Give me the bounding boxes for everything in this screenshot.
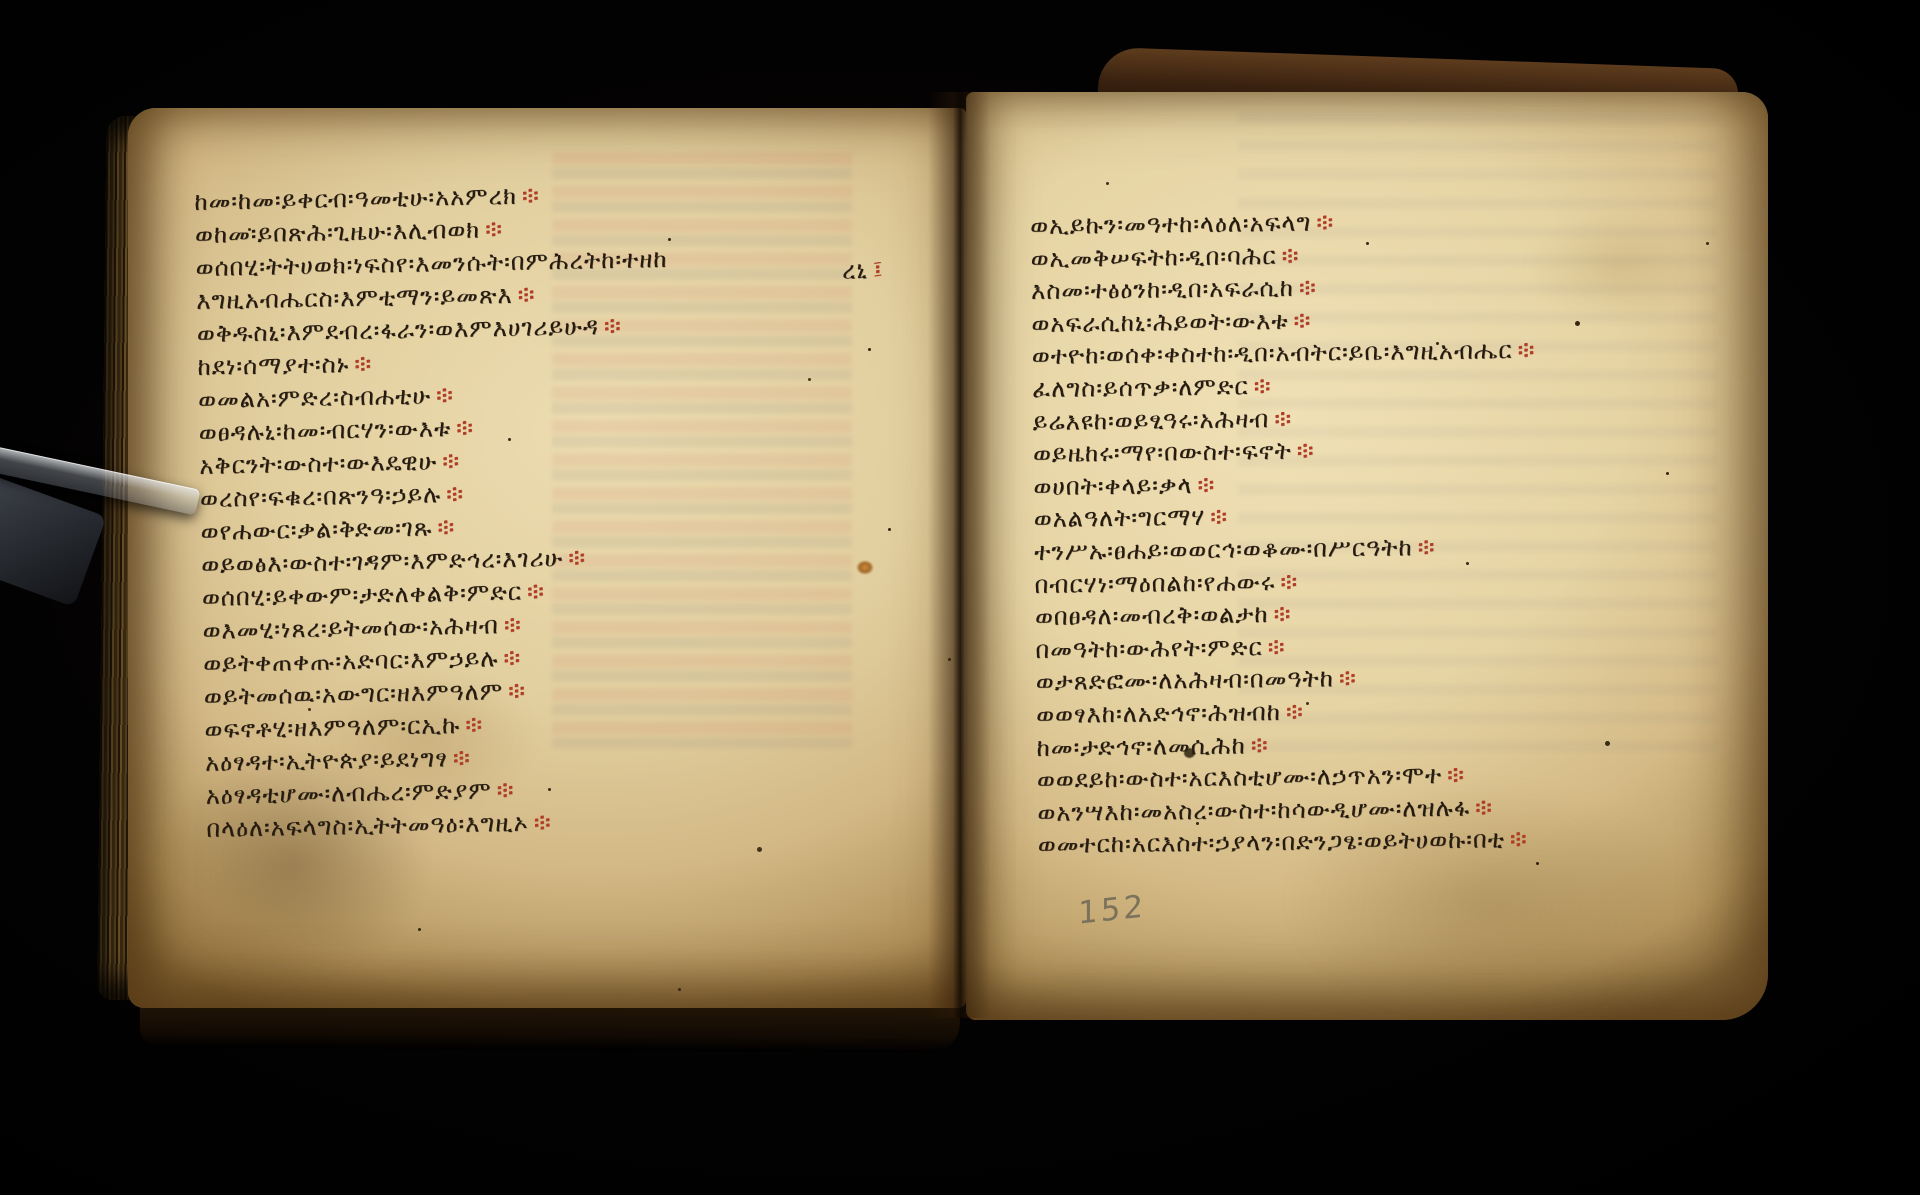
speckles (1106, 182, 1109, 185)
rubric-mark: ፨ (1267, 633, 1284, 661)
line-text: አዕፃዳቲሆሙ፡ለብሔረ፡ምድያም (205, 776, 491, 809)
line-text: አቅርንት፡ውስተ፡ውእዴዊሁ (199, 447, 437, 480)
line-text: ከመ፡ከመ፡ይቀርብ፡ዓመቲሁ፡አአምረክ (194, 182, 517, 216)
book-gutter (928, 92, 990, 1018)
rubric-mark: ፨ (527, 577, 544, 605)
line-text: ወከመ፡ይበጽሕ፡ጊዜሁ፡እሊብወክ (195, 216, 481, 249)
rubric-mark: ፨ (442, 447, 459, 475)
rubric-mark: ፨ (1280, 567, 1297, 595)
rubric-mark: ፨ (1274, 404, 1291, 432)
rubric-mark: ፨ (517, 280, 534, 308)
line-overflow-fragment: ረኒ፤ (842, 255, 884, 284)
line-text: በብርሃነ፡ማዕበልከ፡የሐውሩ (1034, 568, 1275, 599)
rubric-mark: ፨ (504, 611, 521, 639)
line-text: ወሰበሂ፡ትትሀወክ፡ነፍስየ፡እመንሱት፡በምሕረትከ፡ተዘከ (195, 245, 667, 282)
left-page: ከመ፡ከመ፡ይቀርብ፡ዓመቲሁ፡አአምረክ፨ወከመ፡ይበጽሕ፡ጊዜሁ፡እሊብወክ… (128, 108, 966, 1008)
line-text: ወአንሣእከ፡መአስረ፡ውስተ፡ከሳውዲሆሙ፡ለዝሉፋ (1037, 793, 1470, 826)
rubric-mark: ፨ (1417, 533, 1434, 561)
line-text: ወኢመቅሠፍትከ፡ዲበ፡ባሕር (1030, 242, 1276, 273)
line-text: ወየሐውር፡ቃል፡ቅድመ፡ገጹ (200, 513, 432, 545)
rubric-mark: ፨ (1339, 664, 1356, 692)
rubric-mark: ፨ (508, 677, 525, 705)
line-text: ወአልዓለት፡ግርማሃ (1034, 503, 1206, 533)
line-text: ወፀዳሉኒ፡ከመ፡ብርሃን፡ውእቱ (198, 414, 451, 447)
manuscript-photo-scene: ከመ፡ከመ፡ይቀርብ፡ዓመቲሁ፡አአምረክ፨ወከመ፡ይበጽሕ፡ጊዜሁ፡እሊብወክ… (0, 0, 1920, 1195)
rubric-mark: ፨ (436, 381, 453, 409)
line-text: ወታጸድፎሙ፡ለአሕዛብ፡በመዓትከ (1036, 665, 1334, 697)
line-text: ወሀበት፡ቀላይ፡ቃላ (1033, 471, 1192, 501)
rubric-mark: ፨ (1297, 437, 1314, 465)
line-text: ከደነ፡ሰማያተ፡ስኑ (197, 350, 349, 381)
line-text: ወተዮከ፡ወሰቀ፡ቀስተከ፡ዲበ፡አብትር፡ይቤ፡እግዚአብሔር (1032, 336, 1513, 370)
line-text: ፈለግስ፡ይሰጥቃ፡ለምድር (1032, 372, 1249, 403)
line-text: እግዚአብሔርስ፡እምቲማን፡ይመጽእ (196, 281, 513, 315)
rubric-mark: ፨ (456, 414, 473, 442)
line-text: እስመ፡ተፅዕንከ፡ዲበ፡አፍራሲከ (1031, 274, 1294, 305)
rubric-mark: ፨ (1517, 336, 1534, 364)
rubric-mark: ፨ (533, 808, 550, 836)
rubric-mark: ፨ (453, 744, 470, 772)
rubric-mark: ፨ (485, 215, 502, 243)
rubric-mark: ፨ (446, 480, 463, 508)
line-text: ወረስየ፡ፍቁረ፡በጽንዓ፡ኃይሉ (200, 480, 442, 513)
line-text: ረኒ (842, 256, 869, 285)
rubric-mark: ፨ (437, 513, 454, 541)
rubric-mark: ፨ (1197, 471, 1214, 499)
rubric-mark: ፨ (1447, 761, 1464, 789)
rubric-mark: ፨ (1316, 208, 1333, 236)
rubric-mark: ፨ (1299, 274, 1316, 302)
rubric-mark: ፨ (1210, 503, 1227, 531)
line-text: በመዓትከ፡ውሕየት፡ምድር (1035, 633, 1263, 664)
rubric-mark: ፨ (1251, 731, 1268, 759)
rubric-mark: ፨ (354, 350, 371, 378)
line-text: ወቅዱስኒ፡እምደብረ፡ፋራን፡ወእምእሀገሪይሁዳ (197, 312, 600, 348)
line-text: ወኢይኩን፡መዓተከ፡ላዕለ፡አፍላግ (1030, 209, 1311, 240)
rubric-mark: ፨ (503, 644, 520, 672)
line-text: ወወደይከ፡ውስተ፡አርእስቲሆሙ፡ለኃጥአን፡ሞተ (1037, 761, 1442, 794)
line-text: በላዕለ፡አፍላግስ፡ኢትትመዓዕ፡እግዚኦ (206, 809, 529, 843)
line-text: ተንሥኡ፡ፀሐይ፡ወወርኅ፡ወቆሙ፡በሥርዓትከ (1034, 533, 1413, 566)
line-text: ወበፀዳለ፡መብረቅ፡ወልታከ (1035, 600, 1269, 631)
rubric-mark: ፨ (1475, 793, 1492, 821)
line-text: ወይወፅእ፡ውስተ፡ገዳም፡እምድኅረ፡እገሪሁ (201, 544, 563, 579)
line-text: አዕፃዳተ፡ኢትዮጵያ፡ይደነግፃ (205, 744, 448, 777)
line-text: ወይትቀጠቀጡ፡አድባር፡እምኃይሉ (203, 644, 499, 678)
line-text: ከመ፡ታድኅኖ፡ለመሲሕከ (1036, 731, 1246, 762)
rubric-mark: ፨ (465, 711, 482, 739)
rubric-mark: ፨ (1293, 306, 1310, 334)
line-text: ወመልአ፡ምድረ፡ስብሐቲሁ (198, 381, 431, 413)
rubric-mark: ፨ (522, 181, 539, 209)
rubric-mark: ፨ (1281, 241, 1298, 269)
rubric-mark: ፨ (568, 544, 585, 572)
rubric-mark: ፨ (496, 776, 513, 804)
line-text: ወወፃእከ፡ለአድኅኖ፡ሕዝብከ (1036, 698, 1281, 729)
right-page: ወኢይኩን፡መዓተከ፡ላዕለ፡አፍላግ፨ወኢመቅሠፍትከ፡ዲበ፡ባሕር፨እስመ፡… (966, 92, 1768, 1020)
rubric-mark: ፨ (1253, 372, 1270, 400)
line-text: ወመተርከ፡አርእስተ፡ኃያላን፡በድንጋፄ፡ወይትሀወኩ፡በቲ (1038, 826, 1505, 860)
rubric-mark: ፨ (1286, 698, 1303, 726)
right-page-text: ወኢይኩን፡መዓተከ፡ላዕለ፡አፍላግ፨ወኢመቅሠፍትከ፡ዲበ፡ባሕር፨እስመ፡… (1030, 201, 1768, 862)
rubric-mark: ፨ (604, 312, 621, 340)
line-text: ወአፍራሲከኒ፡ሕይወት፡ውእቱ (1031, 307, 1288, 338)
line-text: ወይዜከሩ፡ማየ፡በውስተ፡ፍኖት (1033, 437, 1292, 468)
rubric-mark: ፨ (1273, 600, 1290, 628)
line-text: ወይትመሰዉ፡አውግር፡ዘእምዓለም (204, 677, 504, 711)
line-text: ወፍኖቶሂ፡ዘእምዓለም፡ርኢኩ (204, 711, 460, 744)
line-text: ይሬእዩከ፡ወይፂዓሩ፡አሕዛብ (1032, 405, 1269, 436)
line-text: ወሰበሂ፡ይቀውም፡ታድለቀልቅ፡ምድር (202, 578, 523, 612)
pencil-folio-number: 152 (1078, 888, 1146, 931)
line-text: ወእመሂ፡ነጸረ፡ይትመሰው፡አሕዛብ (202, 611, 499, 645)
rubric-mark: ፤ (872, 255, 883, 283)
rubric-mark: ፨ (1510, 825, 1527, 853)
